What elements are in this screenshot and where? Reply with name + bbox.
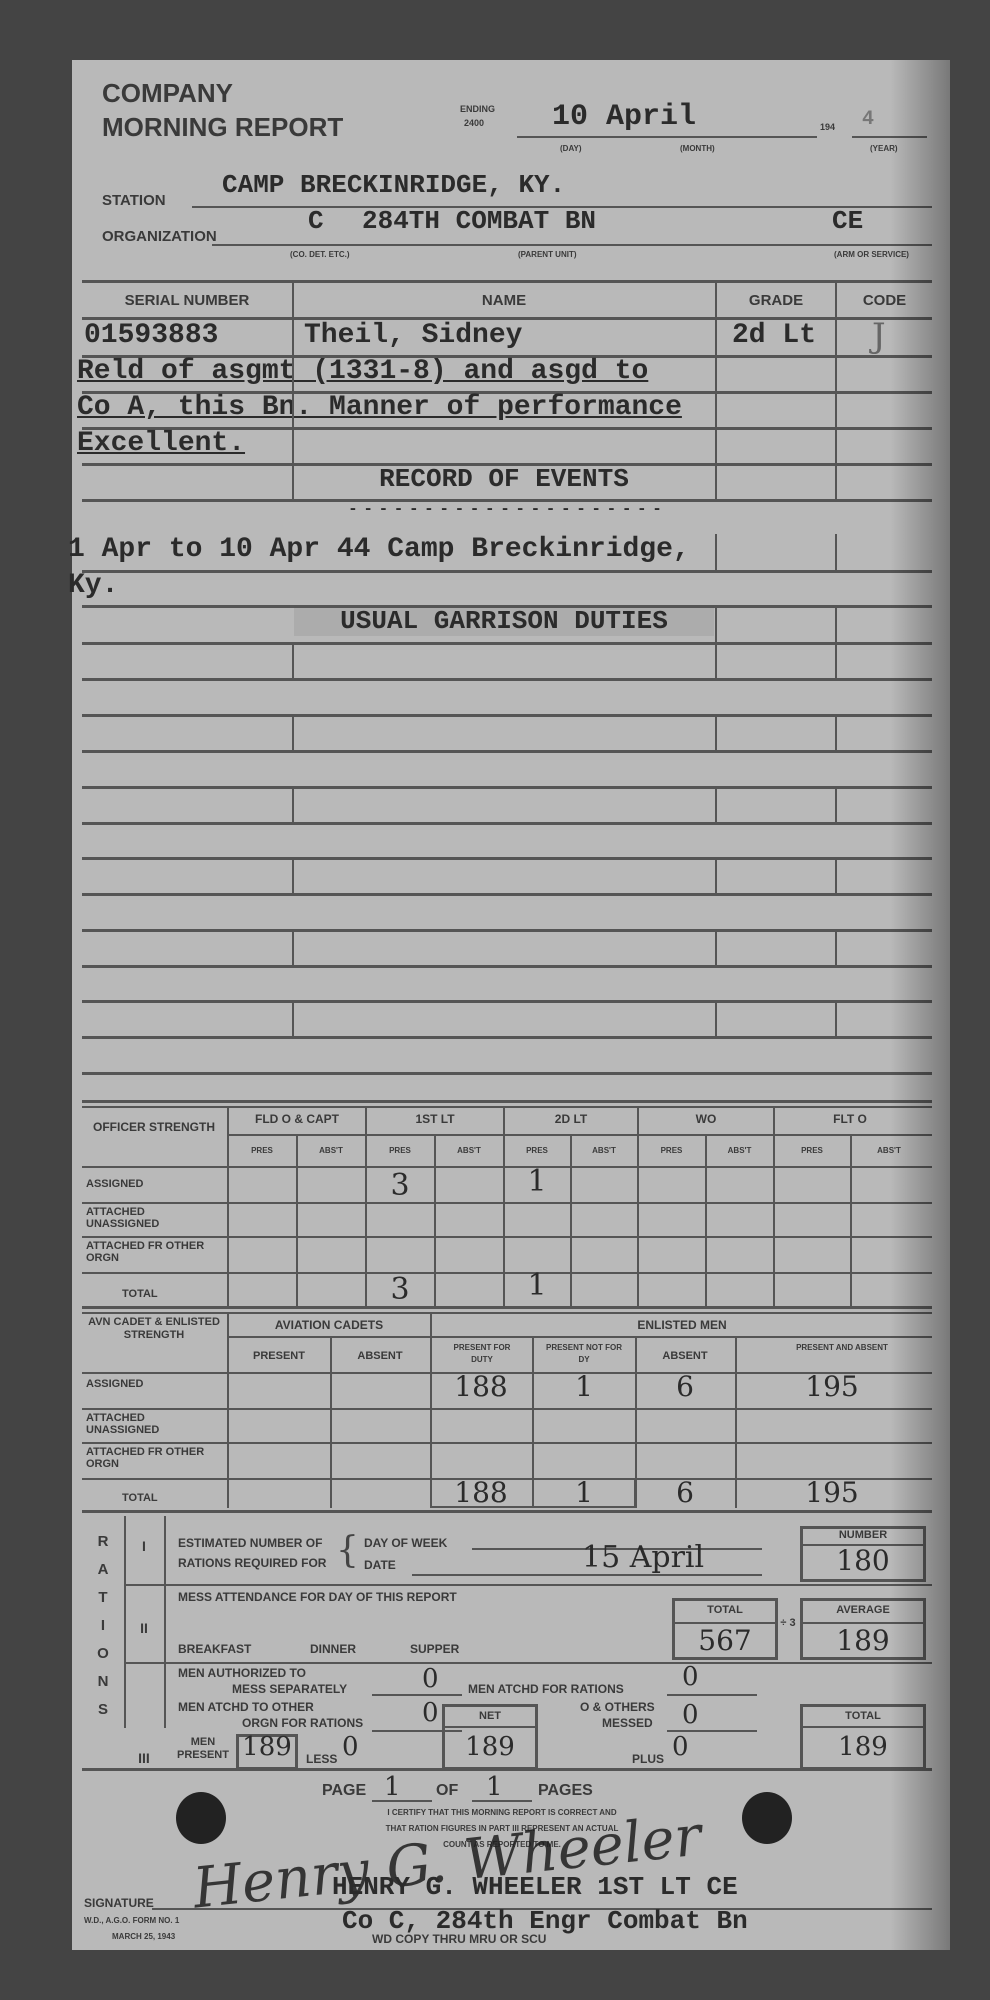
- group-2d-lt: 2D LT: [505, 1112, 637, 1126]
- others-label-2: MESSED: [602, 1716, 653, 1730]
- group-flt-o: FLT O: [775, 1112, 925, 1126]
- officer-row-attached-unassigned-label: ATTACHED UNASSIGNED: [86, 1206, 216, 1230]
- mess-sep-label-1: MEN AUTHORIZED TO: [178, 1666, 306, 1680]
- atchd-other-value: 0: [422, 1698, 439, 1728]
- atchd-other-label-2: ORGN FOR RATIONS: [242, 1716, 363, 1730]
- ration-total-value: 189: [803, 1732, 923, 1762]
- morning-report-form: COMPANY MORNING REPORT ENDING 2400 10 Ap…: [72, 60, 950, 1950]
- events-divider: - - - - - - - - - - - - - - - - - - - - …: [294, 500, 714, 518]
- mess-average-value: 189: [803, 1624, 923, 1657]
- signature-label: SIGNATURE: [84, 1896, 154, 1910]
- signer-typed-name: HENRY G. WHEELER 1ST LT CE: [332, 1872, 738, 1902]
- rations-side-label: RATIONS: [84, 1528, 122, 1724]
- mess-total-value: 567: [675, 1624, 775, 1657]
- station-label: STATION: [102, 192, 166, 209]
- section-i-numeral: I: [126, 1538, 162, 1554]
- remark-line-3: Excellent.: [77, 428, 245, 459]
- less-value: 0: [342, 1732, 359, 1762]
- col-code: CODE: [837, 292, 932, 309]
- subcol-pres-1: PRES: [229, 1146, 295, 1155]
- men-present-label: MENPRESENT: [168, 1736, 238, 1762]
- subcol-pres-4: PRES: [639, 1146, 704, 1155]
- col-grade: GRADE: [717, 292, 835, 309]
- enlisted-total-present-not-duty: 1: [534, 1476, 634, 1509]
- form-date: MARCH 25, 1943: [112, 1932, 175, 1941]
- enlisted-strength-title: AVN CADET & ENLISTED STRENGTH: [84, 1316, 224, 1342]
- record-of-events-heading: RECORD OF EVENTS: [294, 464, 714, 494]
- ration-number-value: 180: [803, 1544, 923, 1577]
- station-value: CAMP BRECKINRIDGE, KY.: [222, 170, 565, 200]
- officer-total-2d-lt-pres: 1: [505, 1268, 569, 1303]
- page-label: PAGE: [322, 1782, 366, 1800]
- group-1st-lt: 1ST LT: [367, 1112, 503, 1126]
- group-enlisted-men: ENLISTED MEN: [432, 1318, 932, 1332]
- enlisted-row-attached-unassigned-label: ATTACHED UNASSIGNED: [86, 1412, 216, 1436]
- org-parent-unit: 284TH COMBAT BN: [362, 206, 596, 236]
- ration-date-value: 15 April: [582, 1540, 704, 1575]
- others-messed-value: 0: [682, 1700, 699, 1730]
- form-title-line1: COMPANY: [102, 78, 233, 108]
- organization-label: ORGANIZATION: [102, 228, 217, 245]
- parent-caption: (PARENT UNIT): [518, 250, 577, 259]
- month-caption: (MONTH): [680, 144, 715, 153]
- dinner-label: DINNER: [310, 1642, 356, 1656]
- day-of-week-label: DAY OF WEEK: [364, 1536, 447, 1550]
- enlisted-row-attached-other-label: ATTACHED FR OTHER ORGN: [86, 1446, 216, 1470]
- event-line-2: Ky.: [68, 570, 118, 601]
- ending-label: ENDING: [460, 104, 495, 114]
- org-company: C: [308, 206, 324, 236]
- year-prefix: 194: [820, 122, 835, 132]
- enlisted-assigned-present-duty: 188: [432, 1370, 530, 1403]
- estimated-label-1: ESTIMATED NUMBER OF: [178, 1536, 322, 1550]
- subcol-pres-3: PRES: [505, 1146, 569, 1155]
- divide-by-three: ÷ 3: [778, 1616, 798, 1630]
- group-aviation-cadets: AVIATION CADETS: [229, 1318, 429, 1332]
- name-value: Theil, Sidney: [304, 320, 522, 351]
- remark-line-1: Reld of asgmt (1331-8) and asgd to: [77, 356, 648, 387]
- supper-label: SUPPER: [410, 1642, 459, 1656]
- enlisted-row-total-label: TOTAL: [122, 1492, 158, 1504]
- number-label: NUMBER: [803, 1529, 923, 1541]
- event-line-1: 1 Apr to 10 Apr 44 Camp Breckinridge,: [68, 534, 690, 565]
- officer-strength-title: OFFICER STRENGTH: [84, 1120, 224, 1134]
- plus-label: PLUS: [632, 1752, 664, 1766]
- breakfast-label: BREAKFAST: [178, 1642, 251, 1656]
- col-present-and-absent: PRESENT AND ABSENT: [792, 1342, 892, 1354]
- officer-assigned-2d-lt-pres: 1: [505, 1164, 569, 1199]
- enlisted-total-present-duty: 188: [432, 1476, 530, 1509]
- ending-time: 2400: [464, 118, 484, 128]
- enlisted-total-present-and-absent: 195: [737, 1476, 927, 1509]
- subcol-abst-2: ABS'T: [436, 1146, 502, 1155]
- year-caption: (YEAR): [870, 144, 898, 153]
- report-date: 10 April: [552, 100, 696, 134]
- mess-attendance-label: MESS ATTENDANCE FOR DAY OF THIS REPORT: [178, 1590, 457, 1604]
- of-label: OF: [436, 1782, 458, 1800]
- ration-total-label: TOTAL: [803, 1710, 923, 1722]
- enlisted-total-absent: 6: [637, 1476, 733, 1509]
- punch-hole-right: [742, 1792, 792, 1844]
- handwritten-signature: Henry G. Wheeler: [190, 1804, 704, 1922]
- group-fld-o-capt: FLD O & CAPT: [229, 1112, 365, 1126]
- serial-number-value: 01593883: [84, 320, 218, 351]
- officer-row-assigned-label: ASSIGNED: [86, 1178, 143, 1190]
- estimated-label-2: RATIONS REQUIRED FOR: [178, 1556, 326, 1570]
- col-name: NAME: [294, 292, 714, 309]
- enlisted-assigned-present-not-duty: 1: [534, 1370, 634, 1403]
- col-present-not-for-duty: PRESENT NOT FOR DY: [544, 1342, 624, 1366]
- subcol-pres-5: PRES: [775, 1146, 849, 1155]
- pages-label: PAGES: [538, 1782, 593, 1800]
- form-title-line2: MORNING REPORT: [102, 112, 343, 142]
- officer-row-attached-other-label: ATTACHED FR OTHER ORGN: [86, 1240, 216, 1264]
- punch-hole-left: [176, 1792, 226, 1844]
- section-iii-numeral: III: [126, 1750, 162, 1766]
- enlisted-assigned-present-and-absent: 195: [737, 1370, 927, 1403]
- year-value: 4: [862, 108, 874, 131]
- grade-value: 2d Lt: [732, 320, 816, 351]
- net-value: 189: [445, 1732, 535, 1762]
- subcol-abst-4: ABS'T: [707, 1146, 772, 1155]
- others-label-1: O & OTHERS: [580, 1700, 655, 1714]
- enlisted-row-assigned-label: ASSIGNED: [86, 1378, 143, 1390]
- code-value: J: [872, 316, 886, 356]
- remark-line-2: Co A, this Bn. Manner of performance: [77, 392, 682, 423]
- total-label: TOTAL: [675, 1604, 775, 1616]
- subcol-abst-3: ABS'T: [572, 1146, 636, 1155]
- col-cadets-absent: ABSENT: [332, 1350, 428, 1362]
- col-present-for-duty: PRESENT FOR DUTY: [444, 1342, 520, 1366]
- less-label: LESS: [306, 1752, 337, 1766]
- of-value: 1: [486, 1772, 503, 1802]
- subcol-abst-5: ABS'T: [852, 1146, 926, 1155]
- form-id: W.D., A.G.O. FORM NO. 1: [84, 1916, 179, 1925]
- day-caption: (DAY): [560, 144, 581, 153]
- copy-note: WD COPY THRU MRU OR SCU: [372, 1932, 546, 1946]
- average-label: AVERAGE: [803, 1604, 923, 1616]
- co-caption: (CO. DET. ETC.): [290, 250, 350, 259]
- subcol-pres-2: PRES: [367, 1146, 433, 1155]
- subcol-abst-1: ABS'T: [298, 1146, 364, 1155]
- brace-icon: {: [336, 1530, 359, 1571]
- officer-assigned-1st-lt-pres: 3: [367, 1168, 433, 1203]
- mess-sep-label-2: MESS SEPARATELY: [232, 1682, 347, 1696]
- col-enlisted-absent: ABSENT: [637, 1350, 733, 1362]
- atchd-rations-label: MEN ATCHD FOR RATIONS: [468, 1682, 624, 1696]
- enlisted-assigned-absent: 6: [637, 1370, 733, 1403]
- net-label: NET: [445, 1710, 535, 1722]
- section-ii-numeral: II: [126, 1620, 162, 1636]
- mess-sep-value: 0: [422, 1664, 439, 1694]
- page-value: 1: [384, 1772, 401, 1802]
- atchd-other-label-1: MEN ATCHD TO OTHER: [178, 1700, 314, 1714]
- atchd-rations-value: 0: [682, 1662, 699, 1692]
- plus-value: 0: [672, 1732, 689, 1762]
- date-label: DATE: [364, 1558, 396, 1572]
- org-service: CE: [832, 206, 863, 236]
- group-wo: WO: [639, 1112, 773, 1126]
- officer-total-1st-lt-pres: 3: [367, 1272, 433, 1307]
- col-serial-number: SERIAL NUMBER: [82, 292, 292, 309]
- officer-row-total-label: TOTAL: [122, 1288, 158, 1300]
- duty-value: USUAL GARRISON DUTIES: [294, 606, 714, 636]
- col-cadets-present: PRESENT: [229, 1350, 329, 1362]
- service-caption: (ARM OR SERVICE): [834, 250, 909, 259]
- men-present-value: 189: [239, 1732, 295, 1762]
